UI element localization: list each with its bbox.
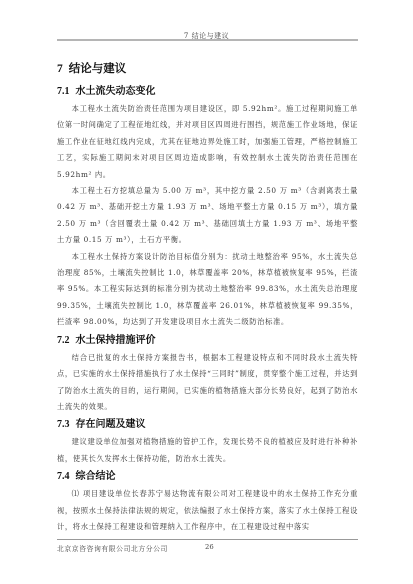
paragraph: 本工程土石方挖填总量为 5.00 万 m³，其中挖方量 2.50 万 m³（含剥… [57,183,358,249]
section-heading: 7.4综合结论 [57,467,358,486]
paragraph: 建议建设单位加强对植物措施的管护工作，发现长势不良的植被应及时进行补种补植，使其… [57,434,358,467]
paragraph: 结合已批复的水土保持方案报告书，根据本工程建设特点和不同时段水土流失特点，已实施… [57,350,358,416]
chapter-title: 结论与建议 [69,61,127,75]
section-7-4: 7.4综合结论 ⑴ 项目建设单位长春苏宁易达物流有限公司对工程建设中的水土保持工… [57,467,358,535]
section-7-3: 7.3存在问题及建议 建议建设单位加强对植物措施的管护工作，发现长势不良的植被应… [57,415,358,467]
section-number: 7.4 [57,471,70,482]
section-heading: 7.1水土流失动态变化 [57,82,358,101]
section-title: 存在问题及建议 [76,419,146,430]
paragraph: 本工程水土流失防治责任范围为项目建设区，即 5.92hm²。施工过程期间施工单位… [57,101,358,183]
page-number: 26 [205,543,214,551]
section-7-1: 7.1水土流失动态变化 本工程水土流失防治责任范围为项目建设区，即 5.92hm… [57,82,358,331]
footer-organization: 北京京咨咨询有限公司北方分公司 [57,543,168,553]
chapter-number: 7 [57,63,63,75]
section-title: 水土流失动态变化 [76,86,156,97]
section-number: 7.1 [57,86,70,97]
chapter-heading: 7结论与建议 [57,58,358,78]
section-heading: 7.3存在问题及建议 [57,415,358,434]
paragraph: ⑴ 项目建设单位长春苏宁易达物流有限公司对工程建设中的水土保持工作充分重视，按照… [57,486,358,535]
footer-rule [57,539,358,540]
header-rule [57,39,358,41]
section-number: 7.3 [57,419,70,430]
section-title: 水土保持措施评价 [76,335,156,346]
section-number: 7.2 [57,335,70,346]
paragraph: 本工程水土保持方案设计防治目标值分别为：扰动土地整治率 95%，水土流失总治理度… [57,249,358,331]
page-content: 7结论与建议 7.1水土流失动态变化 本工程水土流失防治责任范围为项目建设区，即… [57,58,358,535]
document-page: 7 结论与建议 7结论与建议 7.1水土流失动态变化 本工程水土流失防治责任范围… [0,0,413,584]
section-heading: 7.2水土保持措施评价 [57,331,358,350]
section-title: 综合结论 [76,471,116,482]
section-7-2: 7.2水土保持措施评价 结合已批复的水土保持方案报告书，根据本工程建设特点和不同… [57,331,358,416]
